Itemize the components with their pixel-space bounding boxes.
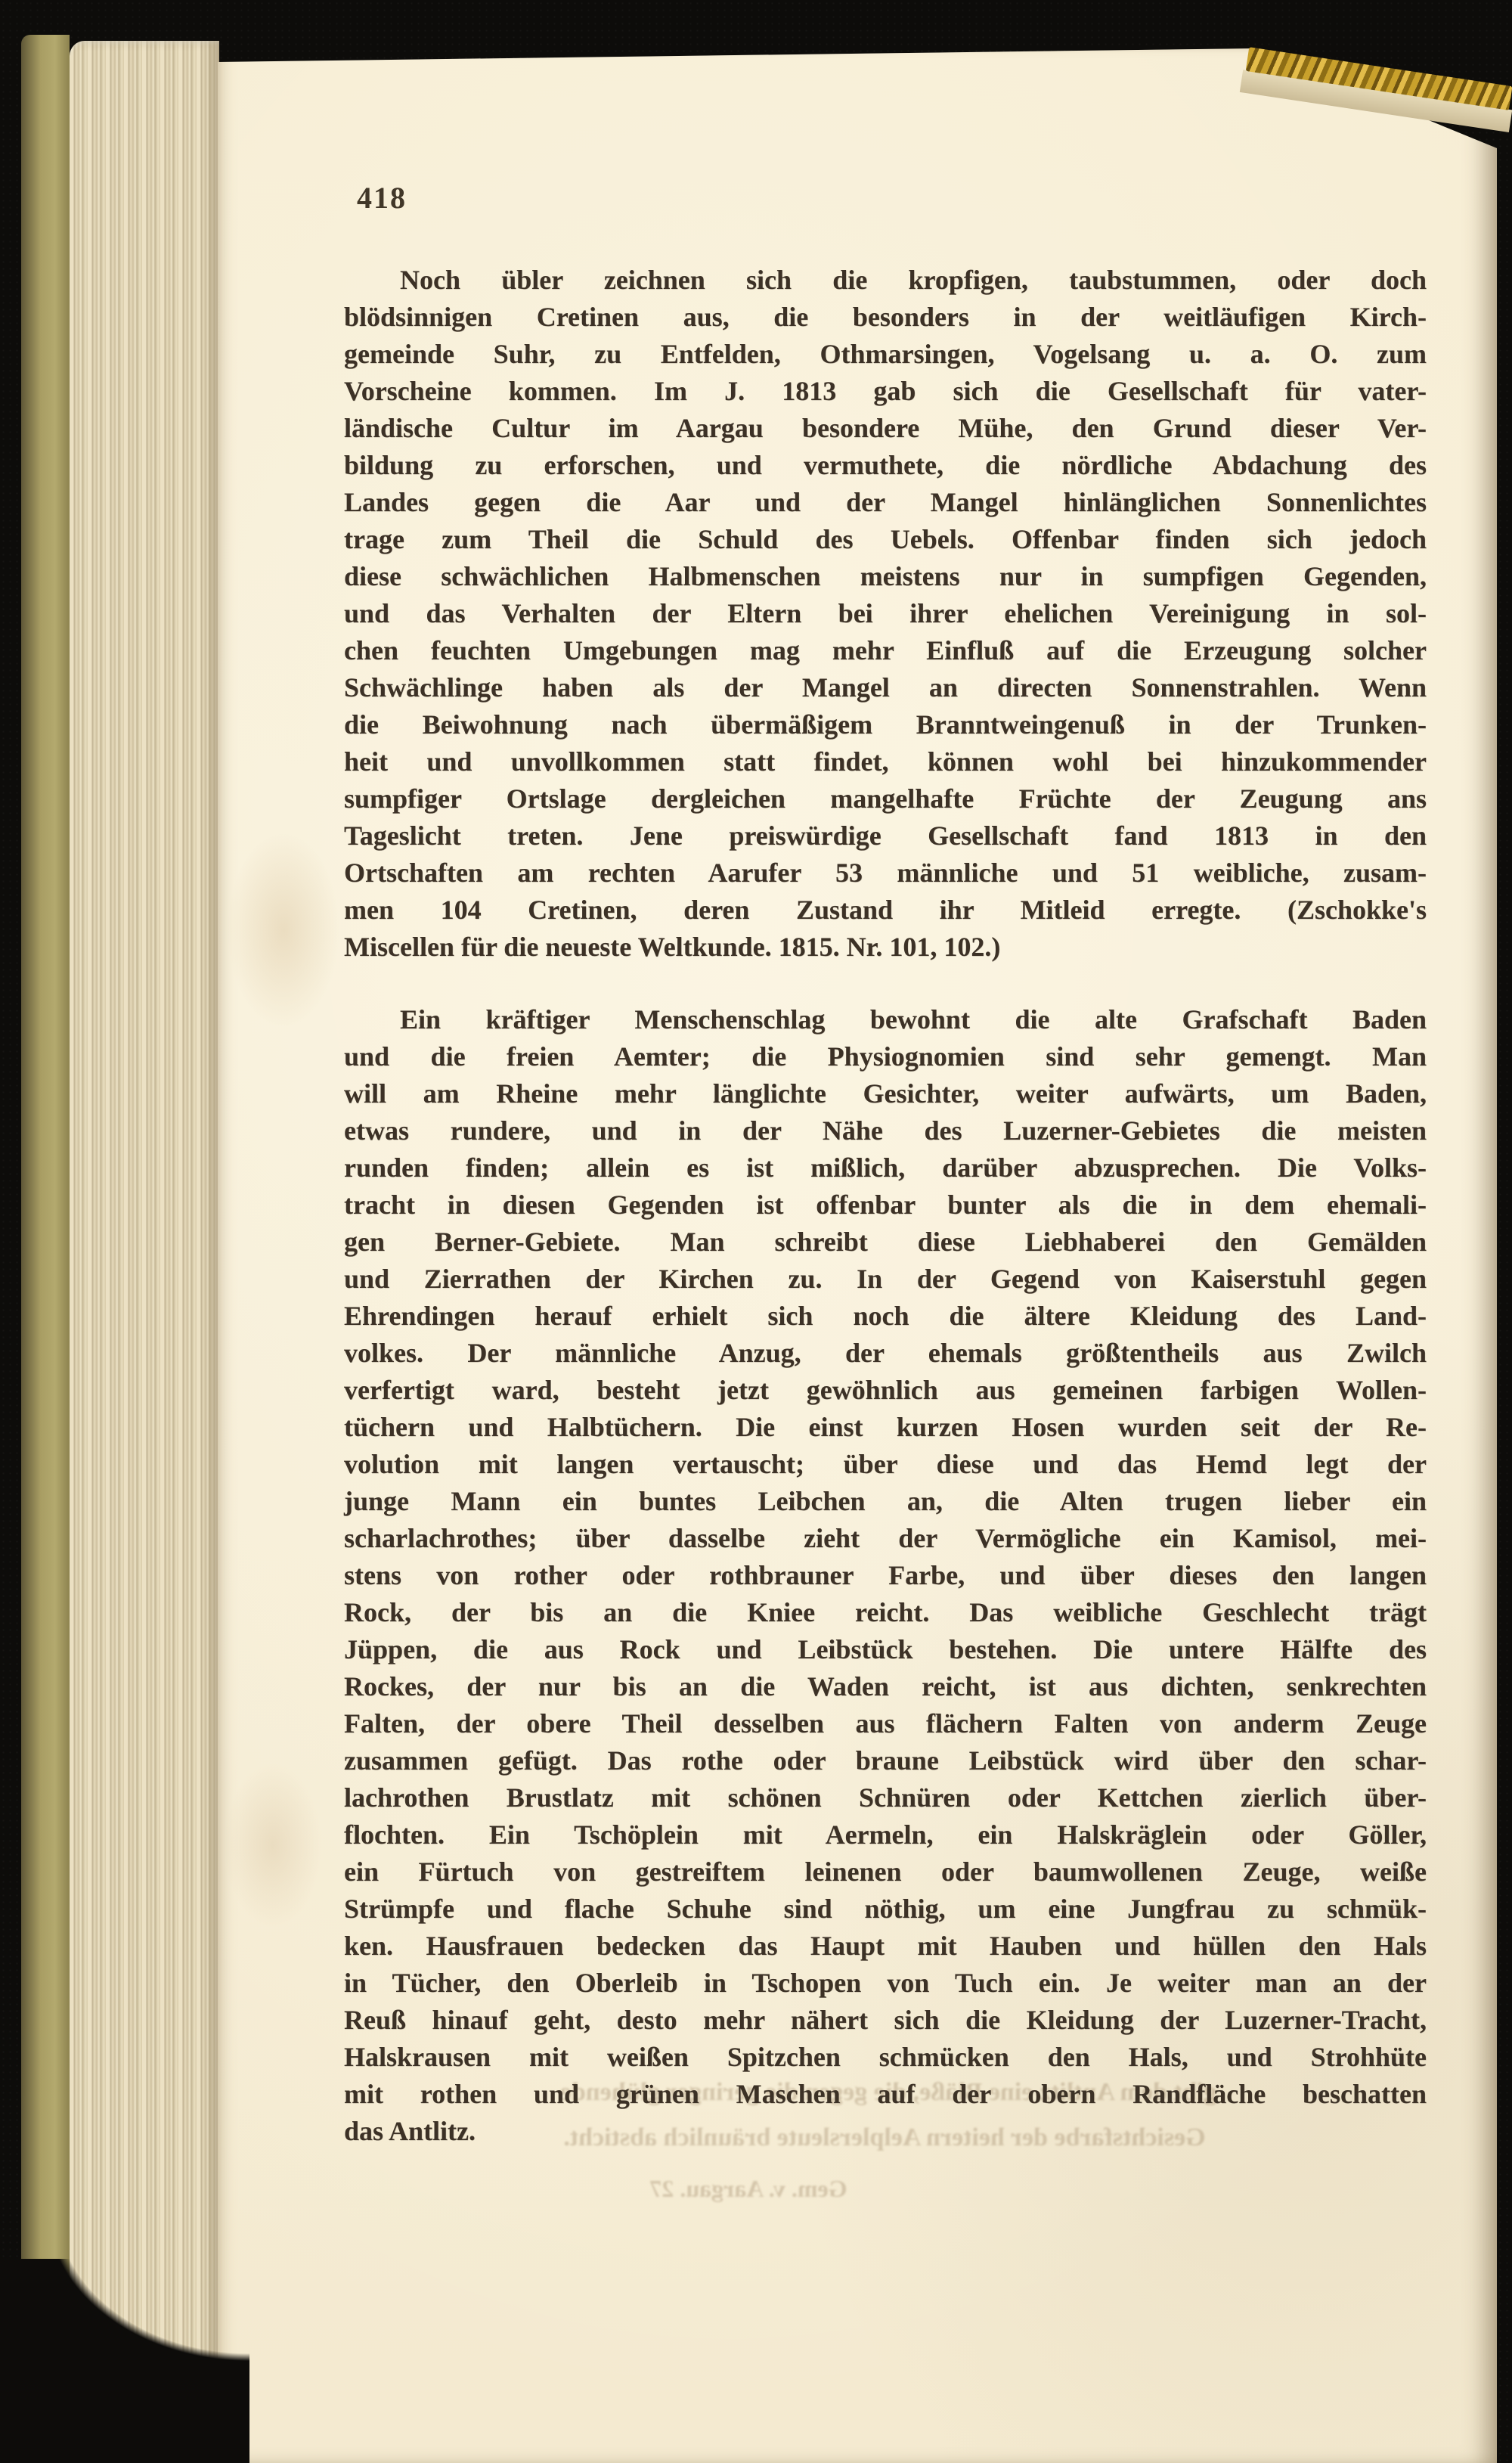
text-line: Ein kräftiger Menschenschlag bewohnt die… (344, 1001, 1427, 1038)
page-number: 418 (357, 180, 407, 216)
text-line: und das Verhalten der Eltern bei ihrer e… (344, 595, 1427, 632)
text-line: volution mit langen vertauscht; über die… (344, 1446, 1427, 1483)
book-cover-edge (21, 35, 70, 2463)
paragraph: Noch übler zeichnen sich die kropfigen, … (344, 262, 1427, 966)
text-line: etwas rundere, und in der Nähe des Luzer… (344, 1112, 1427, 1149)
text-line: Schwächlinge haben als der Mangel an dir… (344, 669, 1427, 706)
text-line: trage zum Theil die Schuld des Uebels. O… (344, 521, 1427, 558)
text-line: men 104 Cretinen, deren Zustand ihr Mitl… (344, 892, 1427, 929)
text-line: blödsinnigen Cretinen aus, die besonders… (344, 299, 1427, 336)
text-line: diese schwächlichen Halbmenschen meisten… (344, 558, 1427, 595)
text-line: tüchern und Halbtüchern. Die einst kurze… (344, 1409, 1427, 1446)
text-line: bildung zu erforschen, und vermuthete, d… (344, 447, 1427, 484)
text-line: gen Berner-Gebiete. Man schreibt diese L… (344, 1224, 1427, 1261)
page-text: Noch übler zeichnen sich die kropfigen, … (344, 262, 1427, 2150)
text-line: Miscellen für die neueste Weltkunde. 181… (344, 929, 1427, 966)
text-line: flochten. Ein Tschöplein mit Aermeln, ei… (344, 1816, 1427, 1853)
text-line: volkes. Der männliche Anzug, der ehemals… (344, 1335, 1427, 1372)
text-line: Vorscheine kommen. Im J. 1813 gab sich d… (344, 373, 1427, 410)
text-line: Ehrendingen herauf erhielt sich noch die… (344, 1298, 1427, 1335)
text-line: Jüppen, die aus Rock und Leibstück beste… (344, 1631, 1427, 1668)
text-line: ein Fürtuch von gestreiftem leinenen ode… (344, 1853, 1427, 1891)
text-line: Rockes, der nur bis an die Waden reicht,… (344, 1668, 1427, 1705)
text-line: zusammen gefügt. Das rothe oder braune L… (344, 1742, 1427, 1779)
text-line: ken. Hausfrauen bedecken das Haupt mit H… (344, 1928, 1427, 1965)
text-line: heit und unvollkommen statt findet, könn… (344, 743, 1427, 780)
text-line: Strümpfe und flache Schuhe sind nöthig, … (344, 1891, 1427, 1928)
text-line: stens von rother oder rothbrauner Farbe,… (344, 1557, 1427, 1594)
text-line: verfertigt ward, besteht jetzt gewöhnlic… (344, 1372, 1427, 1409)
text-line: Noch übler zeichnen sich die kropfigen, … (344, 262, 1427, 299)
text-line: runden finden; allein es ist mißlich, da… (344, 1149, 1427, 1187)
page-stain (227, 832, 340, 1028)
stacked-page-edges (70, 41, 219, 2463)
text-line: will am Rheine mehr länglichte Gesichter… (344, 1075, 1427, 1112)
text-line: Falten, der obere Theil desselben aus fl… (344, 1705, 1427, 1742)
paragraph: Ein kräftiger Menschenschlag bewohnt die… (344, 1001, 1427, 2150)
text-line: Ortschaften am rechten Aarufer 53 männli… (344, 855, 1427, 892)
text-line: lachrothen Brustlatz mit schönen Schnüre… (344, 1779, 1427, 1816)
text-line: tracht in diesen Gegenden ist offenbar b… (344, 1187, 1427, 1224)
bleedthrough-signature: Gem. v. Aargau. 27 (484, 2175, 1013, 2203)
text-line: Halskrausen mit weißen Spitzchen schmück… (344, 2039, 1427, 2076)
text-line: Reuß hinauf geht, desto mehr nähert sich… (344, 2002, 1427, 2039)
text-line: in Tücher, den Oberleib in Tschopen von … (344, 1965, 1427, 2002)
bottom-left-shadow (0, 2259, 249, 2463)
page-stain (224, 1762, 322, 1928)
text-line: Rock, der bis an die Kniee reicht. Das w… (344, 1594, 1427, 1631)
text-line: Landes gegen die Aar und der Mangel hinl… (344, 484, 1427, 521)
text-line: Tageslicht treten. Jene preiswürdige Ges… (344, 817, 1427, 855)
text-line: ländische Cultur im Aargau besondere Müh… (344, 410, 1427, 447)
text-line: mit rothen und grünen Maschen auf der ob… (344, 2076, 1427, 2113)
text-line: und die freien Aemter; die Physiognomien… (344, 1038, 1427, 1075)
text-line: sumpfiger Ortslage dergleichen mangelhaf… (344, 780, 1427, 817)
text-line: das Antlitz. (344, 2113, 1427, 2150)
book-scan-photo: 418 Noch übler zeichnen sich die kropfig… (0, 0, 1512, 2463)
text-line: und Zierrathen der Kirchen zu. In der Ge… (344, 1261, 1427, 1298)
text-line: chen feuchten Umgebungen mag mehr Einflu… (344, 632, 1427, 669)
text-line: scharlachrothes; über dasselbe zieht der… (344, 1520, 1427, 1557)
text-line: die Beiwohnung nach übermäßigem Branntwe… (344, 706, 1427, 743)
text-line: gemeinde Suhr, zu Entfelden, Othmarsinge… (344, 336, 1427, 373)
text-line: junge Mann ein buntes Leibchen an, die A… (344, 1483, 1427, 1520)
